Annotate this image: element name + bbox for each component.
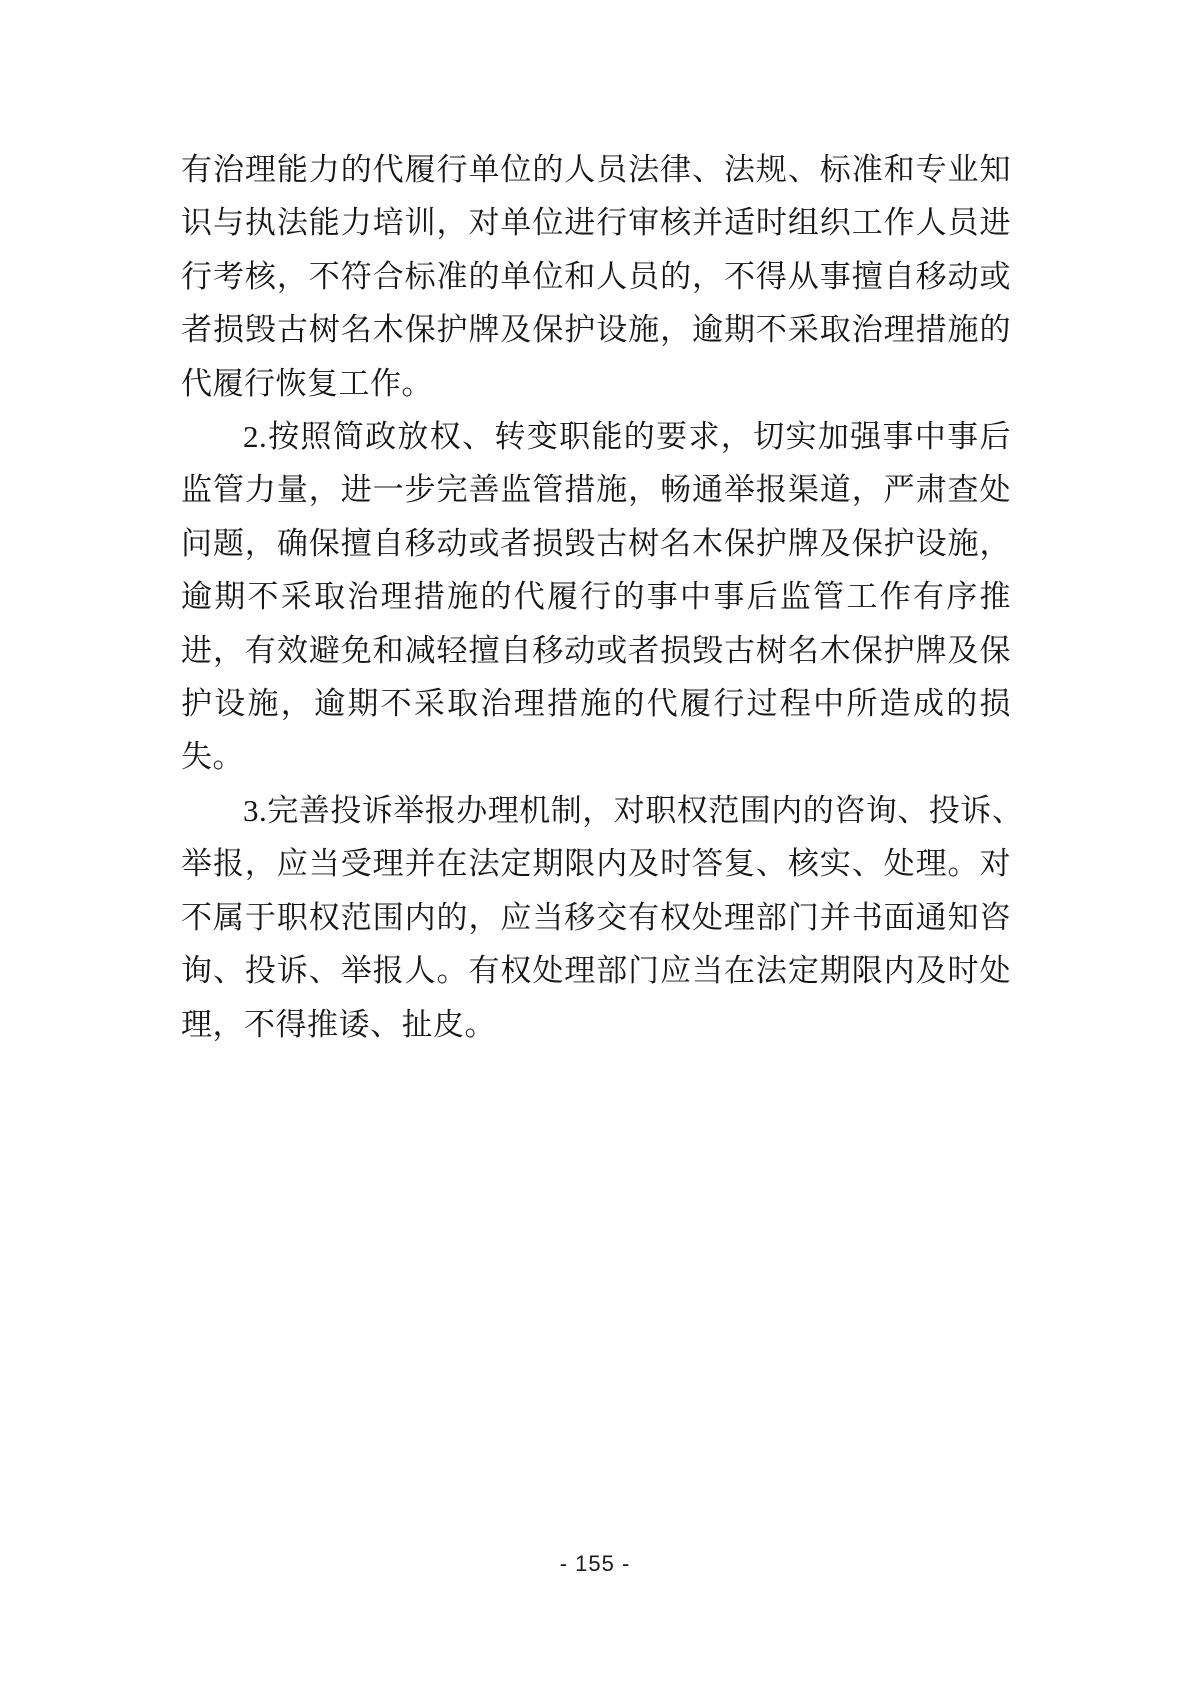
text-line: 失。 [181, 730, 1011, 783]
paragraph-2: 2.按照简政放权、转变职能的要求，切实加强事中事后 监管力量，进一步完善监管措施… [181, 410, 1011, 784]
paragraph-1: 有治理能力的代履行单位的人员法律、法规、标准和专业知 识与执法能力培训，对单位进… [181, 143, 1011, 410]
document-page: 有治理能力的代履行单位的人员法律、法规、标准和专业知 识与执法能力培训，对单位进… [0, 0, 1190, 1683]
text-line: 代履行恢复工作。 [181, 357, 1011, 410]
document-body: 有治理能力的代履行单位的人员法律、法规、标准和专业知 识与执法能力培训，对单位进… [181, 143, 1011, 1051]
page-number: - 155 - [560, 1551, 631, 1576]
text-line: 2.按照简政放权、转变职能的要求，切实加强事中事后 [181, 410, 1011, 463]
text-line: 理，不得推诿、扯皮。 [181, 998, 1011, 1051]
text-line: 行考核，不符合标准的单位和人员的，不得从事擅自移动或 [181, 250, 1011, 303]
text-line: 3.完善投诉举报办理机制，对职权范围内的咨询、投诉、 [181, 784, 1011, 837]
text-line: 不属于职权范围内的，应当移交有权处理部门并书面通知咨 [181, 891, 1011, 944]
text-line: 询、投诉、举报人。有权处理部门应当在法定期限内及时处 [181, 944, 1011, 997]
text-line: 进，有效避免和减轻擅自移动或者损毁古树名木保护牌及保 [181, 624, 1011, 677]
text-line: 监管力量，进一步完善监管措施，畅通举报渠道，严肃查处 [181, 463, 1011, 516]
text-line: 举报，应当受理并在法定期限内及时答复、核实、处理。对 [181, 837, 1011, 890]
text-line: 有治理能力的代履行单位的人员法律、法规、标准和专业知 [181, 143, 1011, 196]
text-line: 识与执法能力培训，对单位进行审核并适时组织工作人员进 [181, 196, 1011, 249]
text-line: 逾期不采取治理措施的代履行的事中事后监管工作有序推 [181, 570, 1011, 623]
text-line: 问题，确保擅自移动或者损毁古树名木保护牌及保护设施， [181, 517, 1011, 570]
page-footer: - 155 - [0, 1551, 1190, 1577]
paragraph-3: 3.完善投诉举报办理机制，对职权范围内的咨询、投诉、 举报，应当受理并在法定期限… [181, 784, 1011, 1051]
text-line: 护设施，逾期不采取治理措施的代履行过程中所造成的损 [181, 677, 1011, 730]
text-line: 者损毁古树名木保护牌及保护设施，逾期不采取治理措施的 [181, 303, 1011, 356]
